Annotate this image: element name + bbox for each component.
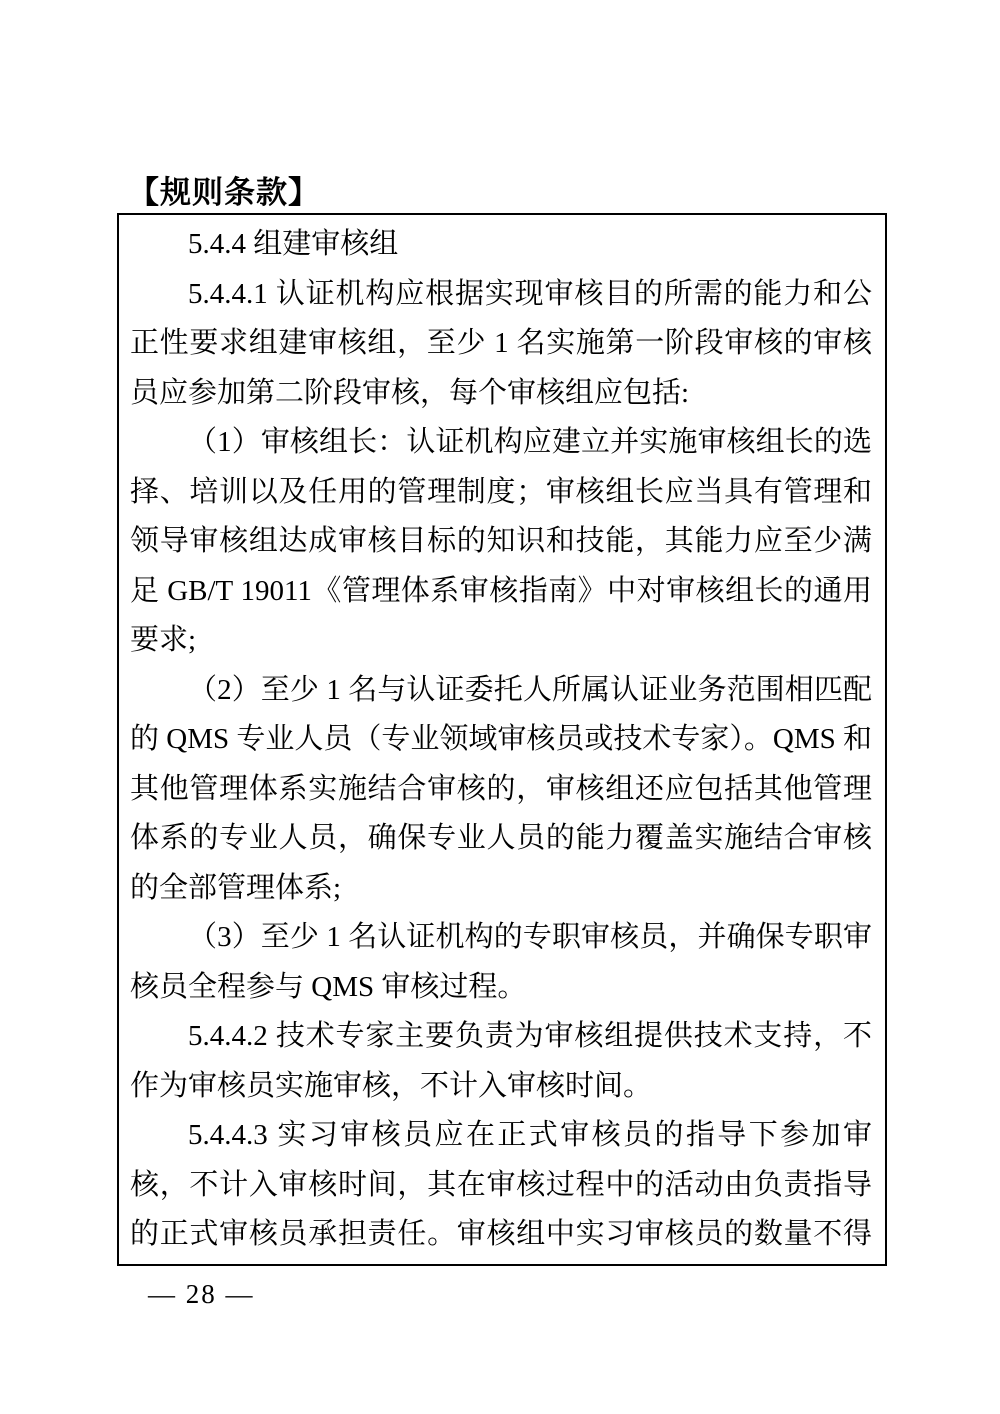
clause-item-3: （3）至少 1 名认证机构的专职审核员，并确保专职审核员全程参与 QMS 审核过…	[130, 913, 872, 1012]
clause-5-4-4-3: 5.4.4.3 实习审核员应在正式审核员的指导下参加审核，不计入审核时间，其在审…	[130, 1111, 872, 1266]
clause-5-4-4-1: 5.4.4.1 认证机构应根据实现审核目的所需的能力和公正性要求组建审核组，至少…	[130, 270, 872, 419]
clause-5-4-4-heading: 5.4.4 组建审核组	[130, 220, 872, 270]
clause-item-2: （2）至少 1 名与认证委托人所属认证业务范围相匹配的 QMS 专业人员（专业领…	[130, 666, 872, 914]
page-number: — 28 —	[148, 1278, 255, 1310]
clause-item-1: （1）审核组长：认证机构应建立并实施审核组长的选择、培训以及任用的管理制度；审核…	[130, 418, 872, 666]
document-page: 【规则条款】 5.4.4 组建审核组 5.4.4.1 认证机构应根据实现审核目的…	[0, 0, 1000, 1414]
clause-5-4-4-2: 5.4.4.2 技术专家主要负责为审核组提供技术支持，不作为审核员实施审核，不计…	[130, 1012, 872, 1111]
section-header: 【规则条款】	[128, 174, 320, 212]
rule-clause-box: 5.4.4 组建审核组 5.4.4.1 认证机构应根据实现审核目的所需的能力和公…	[117, 213, 887, 1266]
